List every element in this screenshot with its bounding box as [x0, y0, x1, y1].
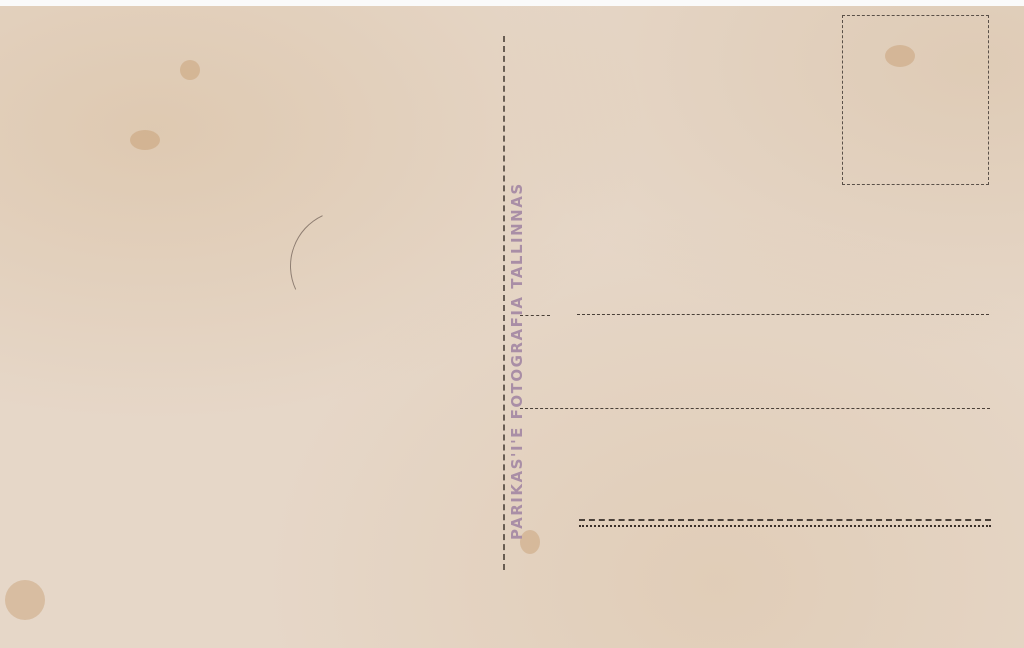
- pencil-mark: [274, 194, 418, 338]
- postcard-back: PARIKAS'I'E FOTOGRAFIA TALLINNAS: [0, 0, 1024, 648]
- address-line-3: [579, 519, 991, 521]
- address-line-1-start: [520, 315, 550, 316]
- stain: [5, 580, 45, 620]
- address-line-2: [520, 408, 990, 409]
- stamp-box: [842, 15, 989, 185]
- center-divider-line: [503, 36, 505, 570]
- stain: [180, 60, 200, 80]
- address-line-3-under: [579, 525, 991, 527]
- scan-edge: [0, 0, 1024, 6]
- publisher-imprint: PARIKAS'I'E FOTOGRAFIA TALLINNAS: [508, 182, 526, 540]
- address-line-1: [577, 314, 989, 315]
- stain: [130, 130, 160, 150]
